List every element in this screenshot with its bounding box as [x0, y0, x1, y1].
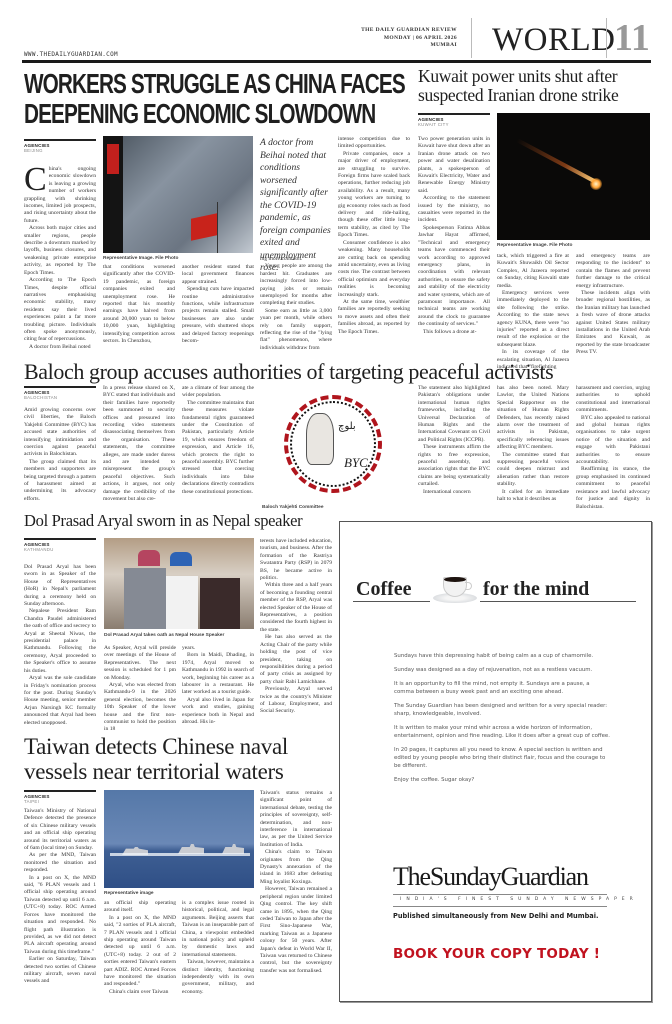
taiwan-headline-line1: Taiwan detects Chinese naval [24, 734, 324, 759]
nepal-column-1: Dol Prasad Aryal has been sworn in as Sp… [24, 564, 96, 727]
ad-paragraph: It is written to make your mind whir acr… [394, 724, 610, 740]
nepal-byline: AGENCIES KATHMANDU [24, 538, 96, 552]
dateline: BEIJING [24, 148, 96, 153]
flagpole [217, 202, 218, 253]
publication-name: THE DAILY GUARDIAN REVIEW [361, 27, 457, 35]
nepal-headline[interactable]: Dol Prasad Aryal sworn in as Nepal speak… [24, 512, 334, 530]
chinese-flag [191, 213, 217, 241]
drone-glow [590, 178, 602, 190]
publication-city: MUMBAI [361, 42, 457, 50]
dhaka-topi-center [170, 552, 192, 566]
baloch-byline: AGENCIES BALOCHISTAN [24, 386, 96, 400]
china-headline[interactable]: WORKERS STRUGGLE AS CHINA FACES DEEPENIN… [24, 69, 424, 129]
ad-title-right: for the mind [483, 578, 589, 601]
publication-info: THE DAILY GUARDIAN REVIEW MONDAY | 06 AP… [361, 27, 457, 50]
title-underline [353, 601, 430, 602]
raised-fist-icon [306, 413, 334, 465]
ad-body: Sundays have this depressing habit of be… [394, 652, 610, 790]
byc-logo: بلوچ BYC [284, 395, 382, 493]
logo-rule [393, 894, 607, 895]
baloch-column-2: In a press release shared on X, BYC stat… [103, 385, 175, 504]
china-photo[interactable] [103, 136, 253, 253]
baloch-column-1: Amid growing concerns over civil liberti… [24, 407, 96, 503]
masthead-rule [22, 60, 651, 63]
book-copy-cta[interactable]: BOOK YOUR COPY TODAY ! [393, 946, 600, 962]
coffee-cup-icon [433, 575, 477, 605]
ad-paragraph: Enjoy the coffee. Sugar okay? [394, 776, 610, 784]
baloch-column-4: The statement also highlighted Pakistan'… [418, 385, 490, 496]
drop-cap: C [24, 167, 47, 193]
kuwait-column-3: and emergency teams are responding to th… [576, 253, 650, 357]
china-headline-line1: WORKERS STRUGGLE AS CHINA FACES [24, 69, 320, 99]
section-title: WORLD [492, 22, 615, 59]
china-column-4: ing more common. Young people are among … [260, 256, 332, 352]
red-led-glyph [107, 144, 119, 174]
taiwan-byline: AGENCIES TAIPEI [24, 790, 96, 804]
china-byline: AGENCIES BEIJING [24, 139, 96, 153]
nepal-column-2: As Speaker, Aryal will preside over meet… [104, 645, 176, 734]
ad-title: Coffee for the mind [353, 574, 636, 604]
china-column-3: another resident stated that local gover… [182, 264, 254, 345]
nepal-column-4: terests have included education, tourism… [260, 538, 332, 716]
figure-right [200, 578, 240, 629]
baloch-photo-caption: Baloch Yakjehti Committee [262, 505, 324, 510]
baloch-column-3: ate a climate of fear among the wider po… [182, 385, 254, 496]
masthead-divider [471, 18, 472, 58]
nepal-photo-caption: Dol Prasad Aryal takes oath as Nepal Hou… [104, 633, 224, 638]
urdu-text: بلوچ [338, 421, 356, 432]
china-headline-line2: DEEPENING ECONOMIC SLOWDOWN [24, 99, 320, 129]
baloch-column-5: has also been noted. Mary Lawlor, the Un… [497, 385, 569, 504]
dateline: KUWAIT CITY [418, 122, 490, 127]
ad-paragraph: Sundays have this depressing habit of be… [394, 652, 610, 660]
taiwan-photo[interactable] [104, 790, 254, 888]
china-column-2: that conditions worsened significantly a… [103, 264, 175, 345]
kuwait-headline[interactable]: Kuwait power units shut after suspected … [418, 67, 658, 105]
khada-scarf [166, 576, 198, 629]
ship-wake [110, 853, 250, 856]
taiwan-column-3: is a complex issue rooted in historical,… [182, 900, 254, 996]
taiwan-headline[interactable]: Taiwan detects Chinese naval vessels nea… [24, 734, 324, 784]
published-locations: Published simultaneously from New Delhi … [393, 912, 599, 920]
site-url[interactable]: WWW.THEDAILYGUARDIAN.COM [24, 51, 118, 58]
sunday-guardian-logo: TheSundayGuardian [393, 862, 588, 892]
dateline: KATHMANDU [24, 547, 96, 552]
sunday-guardian-ad[interactable]: Coffee for the mind Sundays have this de… [339, 521, 652, 1002]
publication-date: MONDAY | 06 APRIL 2026 [361, 35, 457, 43]
baloch-column-6: harassment and coercion, urging authorit… [576, 385, 650, 511]
china-column-1: China's ongoing economic slowdown is lea… [24, 166, 96, 351]
taiwan-column-1: Taiwan's Ministry of National Defence de… [24, 808, 96, 986]
taiwan-column-2: an official ship operating around itself… [104, 900, 176, 996]
kuwait-byline: AGENCIES KUWAIT CITY [418, 113, 490, 127]
masthead-divider [606, 18, 607, 58]
dhaka-topi-left [138, 550, 160, 566]
ad-paragraph: The Sunday Guardian has been designed an… [394, 702, 610, 718]
baloch-headline[interactable]: Baloch group accuses authorities of targ… [24, 360, 664, 384]
dateline: TAIPEI [24, 799, 96, 804]
ad-title-left: Coffee [356, 578, 412, 601]
byc-logo-text: BYC [344, 455, 368, 471]
logo-rule [393, 906, 607, 907]
kuwait-column-1: Two power generation units in Kuwait hav… [418, 136, 490, 336]
ad-paragraph: Sunday was designed as a day of rejuvena… [394, 666, 610, 674]
kuwait-photo-caption: Representative Image. File Photo [497, 243, 572, 248]
nepal-photo[interactable] [104, 538, 254, 629]
taiwan-column-4: Taiwan's status remains a significant po… [260, 790, 332, 975]
china-photo-caption: Representative Image. File Photo [103, 256, 178, 261]
kuwait-photo[interactable] [497, 113, 650, 240]
kuwait-column-2: tack, which triggered a fire at Kuwait's… [497, 253, 569, 372]
drone-trail [516, 138, 597, 184]
suit-figure [124, 568, 166, 629]
ad-paragraph: It is an opportunity to fill the mind, n… [394, 680, 610, 696]
sunday-guardian-tagline: INDIA'S FINEST SUNDAY NEWSPAPER [400, 897, 638, 902]
ad-paragraph: In 20 pages, it captures all you need to… [394, 746, 610, 770]
page-number: 11 [614, 16, 650, 60]
taiwan-headline-line2: vessels near territorial waters [24, 759, 324, 784]
dateline: BALOCHISTAN [24, 395, 96, 400]
taiwan-photo-caption: Representative image [104, 891, 154, 896]
nepal-column-3: years. Born in Maidi, Dhading, in 1974, … [182, 645, 254, 726]
china-pull-quote: A doctor from Beihai noted that conditio… [260, 137, 332, 275]
title-underline [480, 601, 636, 602]
china-column-5: intense competition due to limited oppor… [338, 136, 410, 336]
